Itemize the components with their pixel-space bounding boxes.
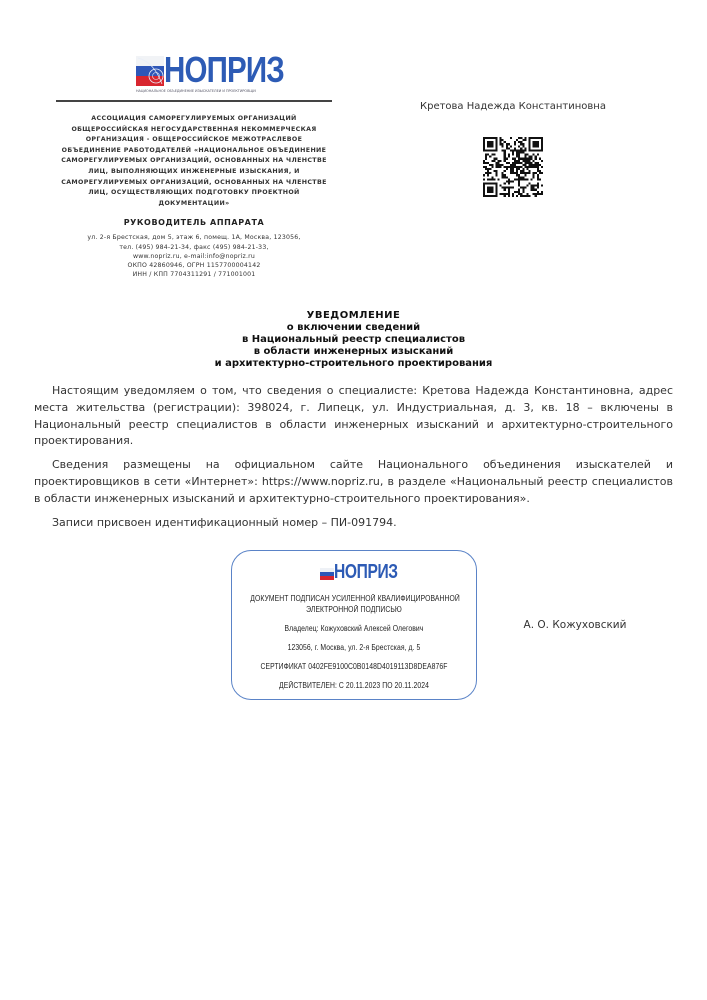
stamp-validity: ДЕЙСТВИТЕЛЕН: С 20.11.2023 ПО 20.11.2024 (250, 680, 457, 691)
department-title: РУКОВОДИТЕЛЬ АППАРАТА (56, 217, 332, 229)
contact-okpo-ogrn: ОКПО 42860946, ОГРН 1157700004142 (56, 261, 332, 270)
registration-number-paragraph: Записи присвоен идентификационный номер … (34, 515, 673, 532)
signer-name: А. О. Кожуховский (505, 618, 645, 632)
stamp-header-line: ЭЛЕКТРОННОЙ ПОДПИСЬЮ (250, 604, 457, 615)
notice-subtitle-line: и архитектурно-строительного проектирова… (0, 358, 707, 370)
letterhead: НОПРИЗ НАЦИОНАЛЬНОЕ ОБЪЕДИНЕНИЕ ИЗЫСКАТЕ… (56, 50, 332, 279)
notice-body: Настоящим уведомляем о том, что сведения… (34, 383, 673, 538)
notice-title: УВЕДОМЛЕНИЕ о включении сведений в Нацио… (0, 310, 707, 370)
electronic-signature-stamp: НОПРИЗ ДОКУМЕНТ ПОДПИСАН УСИЛЕННОЙ КВАЛИ… (231, 550, 477, 700)
logo-subtitle: НАЦИОНАЛЬНОЕ ОБЪЕДИНЕНИЕ ИЗЫСКАТЕЛЕЙ И П… (136, 89, 256, 93)
notice-subtitle-line: в Национальный реестр специалистов (0, 334, 707, 346)
document-page: НОПРИЗ НАЦИОНАЛЬНОЕ ОБЪЕДИНЕНИЕ ИЗЫСКАТЕ… (0, 0, 707, 1000)
recipient-name: Кретова Надежда Константиновна (400, 100, 626, 114)
qr-code-icon (483, 137, 543, 197)
notice-subtitle-line: в области инженерных изысканий (0, 346, 707, 358)
organization-name: АССОЦИАЦИЯ САМОРЕГУЛИРУЕМЫХ ОРГАНИЗАЦИЙ … (56, 114, 332, 209)
stamp-logo-wordmark: НОПРИЗ (334, 561, 398, 583)
stamp-certificate: СЕРТИФИКАТ 0402FE9100C0B0148D4019113D8DE… (250, 661, 457, 672)
stamp-header-line: ДОКУМЕНТ ПОДПИСАН УСИЛЕННОЙ КВАЛИФИЦИРОВ… (250, 593, 457, 604)
letterhead-divider (56, 100, 332, 102)
russian-flag-icon (320, 568, 334, 580)
contact-address: ул. 2-я Брестская, дом 5, этаж 6, помещ.… (56, 233, 332, 242)
body-paragraph: Сведения размещены на официальном сайте … (34, 457, 673, 507)
stamp-owner: Владелец: Кожуховский Алексей Олегович (250, 623, 457, 634)
russian-flag-icon (136, 56, 164, 86)
logo-wordmark: НОПРИЗ (164, 50, 284, 90)
notice-heading: УВЕДОМЛЕНИЕ (0, 310, 707, 322)
stamp-address: 123056, г. Москва, ул. 2-я Брестская, д.… (250, 642, 457, 653)
stamp-logo: НОПРИЗ (320, 561, 388, 583)
contact-inn-kpp: ИНН / КПП 7704311291 / 771001001 (56, 270, 332, 279)
notice-subtitle-line: о включении сведений (0, 322, 707, 334)
contact-web-email: www.nopriz.ru, e-mail:info@nopriz.ru (56, 252, 332, 261)
body-paragraph: Настоящим уведомляем о том, что сведения… (34, 383, 673, 450)
contacts-block: ул. 2-я Брестская, дом 5, этаж 6, помещ.… (56, 233, 332, 279)
nopriz-logo: НОПРИЗ НАЦИОНАЛЬНОЕ ОБЪЕДИНЕНИЕ ИЗЫСКАТЕ… (132, 50, 256, 98)
contact-phone: тел. (495) 984-21-34, факс (495) 984-21-… (56, 243, 332, 252)
